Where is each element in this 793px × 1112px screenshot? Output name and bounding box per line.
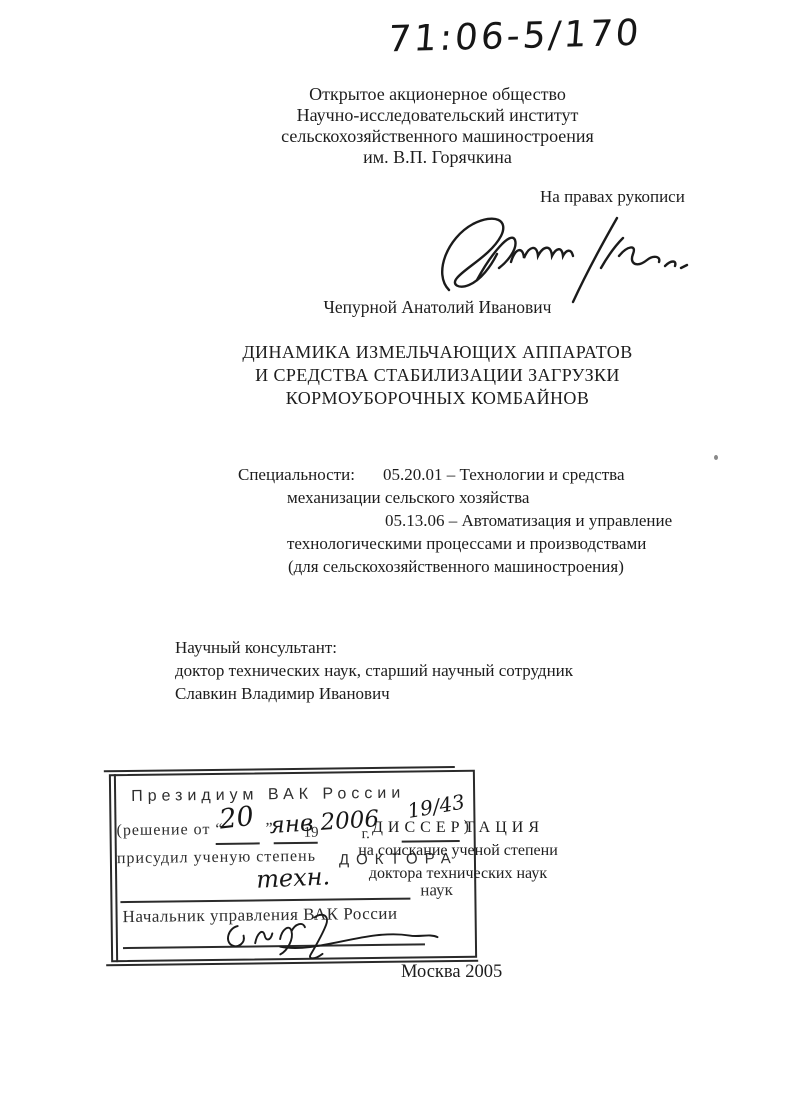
stamp-blank-line <box>120 898 410 903</box>
consultant-line: доктор технических наук, старший научный… <box>175 659 573 682</box>
scan-speck <box>714 455 718 460</box>
institution-line: сельскохозяйственного машиностроения <box>185 126 690 147</box>
consultant-line: Славкин Владимир Иванович <box>175 682 573 705</box>
specialty-line: (для сельскохозяйственного машиностроени… <box>288 557 624 577</box>
author-signature <box>425 210 695 305</box>
city-year: Москва 2005 <box>401 962 502 983</box>
stamp-outer-line <box>104 766 455 772</box>
handwritten-degree-field: техн. <box>256 862 331 893</box>
specialty-line: технологическими процессами и производст… <box>287 534 646 554</box>
dissertation-line: на соискание ученой степени <box>332 839 584 862</box>
stamp-header: Президиум ВАК России <box>131 785 405 806</box>
title-line: И СРЕДСТВА СТАБИЛИЗАЦИИ ЗАГРУЗКИ <box>185 364 690 387</box>
dissertation-title: ДИНАМИКА ИЗМЕЛЬЧАЮЩИХ АППАРАТОВ И СРЕДСТ… <box>185 341 690 410</box>
specialty-line: 05.13.06 – Автоматизация и управление <box>385 511 672 531</box>
handwritten-day: 20 <box>218 801 256 836</box>
dissertation-line: доктора технических наук <box>332 862 584 885</box>
specialty-line: механизации сельского хозяйства <box>287 488 529 508</box>
specialties-label: Специальности: <box>238 465 355 485</box>
consultant-block: Научный консультант: доктор технических … <box>175 636 573 705</box>
shelfmark-handwritten: 71:06-5/170 <box>386 13 643 61</box>
institution-line: Открытое акционерное общество <box>185 84 690 105</box>
official-signature <box>218 910 449 961</box>
stamp-blank-line <box>274 842 318 844</box>
stamp-blank-line <box>216 842 260 844</box>
author-name: Чепурной Анатолий Иванович <box>185 297 690 318</box>
title-line: КОРМОУБОРОЧНЫХ КОМБАЙНОВ <box>185 387 690 410</box>
institution-line: Научно-исследовательский институт <box>185 105 690 126</box>
specialty-line: 05.20.01 – Технологии и средства <box>383 465 625 485</box>
title-line: ДИНАМИКА ИЗМЕЛЬЧАЮЩИХ АППАРАТОВ <box>185 341 690 364</box>
manuscript-rights-note: На правах рукописи <box>540 187 685 207</box>
institution-block: Открытое акционерное общество Научно-исс… <box>185 84 690 168</box>
dissertation-word: ДИССЕРТАЦИЯ <box>332 816 584 839</box>
institution-line: им. В.П. Горячкина <box>185 147 690 168</box>
consultant-line: Научный консультант: <box>175 636 573 659</box>
scanned-title-page: 71:06-5/170 Открытое акционерное обществ… <box>0 0 793 1112</box>
dissertation-note-block: ДИССЕРТАЦИЯ на соискание ученой степени … <box>332 816 584 885</box>
stamp-decision-prefix: (решение от “ <box>116 821 223 840</box>
